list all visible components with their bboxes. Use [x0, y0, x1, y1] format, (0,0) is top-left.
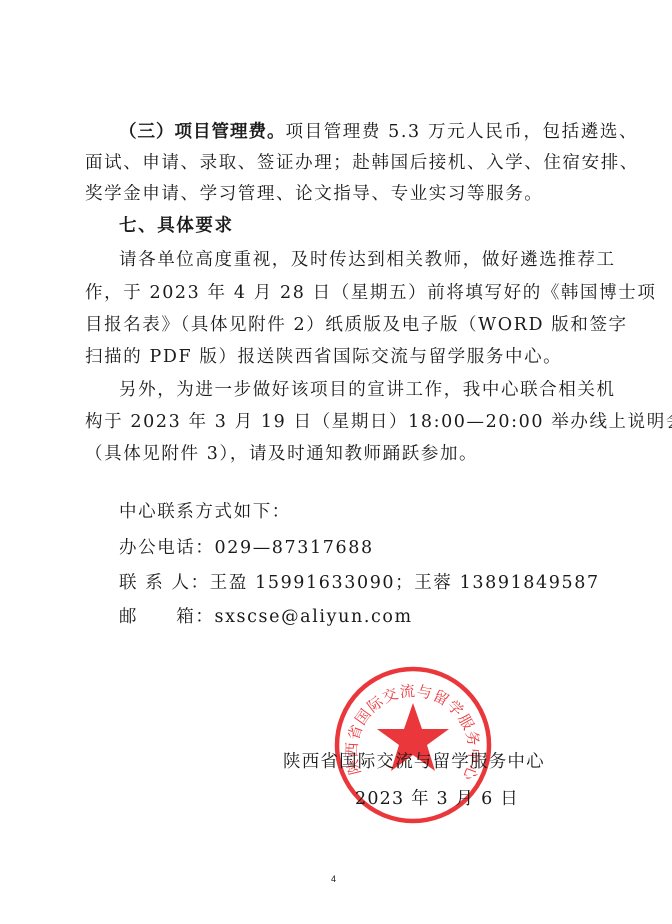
requirements-line-3: 目报名表》（具体见附件 2）纸质版及电子版（WORD 版和签字: [85, 314, 605, 336]
contact-person-row: 联 系 人：王盈 15991633090；王蓉 13891849587: [119, 572, 639, 594]
section-7-heading: 七、具体要求: [119, 215, 639, 237]
fee-paragraph-line-3: 奖学金申请、学习管理、论文指导、专业实习等服务。: [85, 183, 605, 205]
requirements-line-2: 作，于 2023 年 4 月 28 日（星期五）前将填写好的《韩国博士项: [85, 282, 605, 304]
fee-paragraph-line-2: 面试、申请、录取、签证办理；赴韩国后接机、入学、住宿安排、: [85, 152, 605, 174]
contact-persons: 王盈 15991633090；王蓉 13891849587: [210, 573, 600, 593]
briefing-line-1: 另外，为进一步做好该项目的宣讲工作，我中心联合相关机: [119, 379, 639, 401]
contact-email-row: 邮 箱：sxscse@aliyun.com: [119, 606, 639, 628]
requirements-line-4: 扫描的 PDF 版）报送陕西省国际交流与留学服务中心。: [85, 346, 605, 368]
contact-intro: 中心联系方式如下：: [119, 501, 639, 523]
signature-organization: 陕西省国际交流与留学服务中心: [283, 751, 545, 773]
signature-date: 2023 年 3 月 6 日: [355, 788, 519, 810]
fee-text: 项目管理费 5.3 万元人民币，包括遴选、: [286, 122, 639, 142]
person-label: 联 系 人：: [119, 573, 210, 593]
phone-number: 029—87317688: [215, 538, 374, 558]
requirements-line-1: 请各单位高度重视，及时传达到相关教师，做好遴选推荐工: [119, 249, 639, 271]
briefing-line-3: （具体见附件 3），请及时通知教师踊跃参加。: [85, 443, 605, 465]
fee-paragraph-line-1: （三）项目管理费。项目管理费 5.3 万元人民币，包括遴选、: [119, 121, 639, 143]
email-label: 邮 箱：: [119, 607, 215, 627]
phone-label: 办公电话：: [119, 538, 215, 558]
contact-phone-row: 办公电话：029—87317688: [119, 537, 639, 559]
fee-section-label: （三）项目管理费。: [119, 122, 286, 142]
briefing-line-2: 构于 2023 年 3 月 19 日（星期日）18:00—20:00 举办线上说…: [85, 411, 605, 433]
page-number: 4: [331, 874, 336, 884]
email-address: sxscse@aliyun.com: [215, 607, 413, 627]
